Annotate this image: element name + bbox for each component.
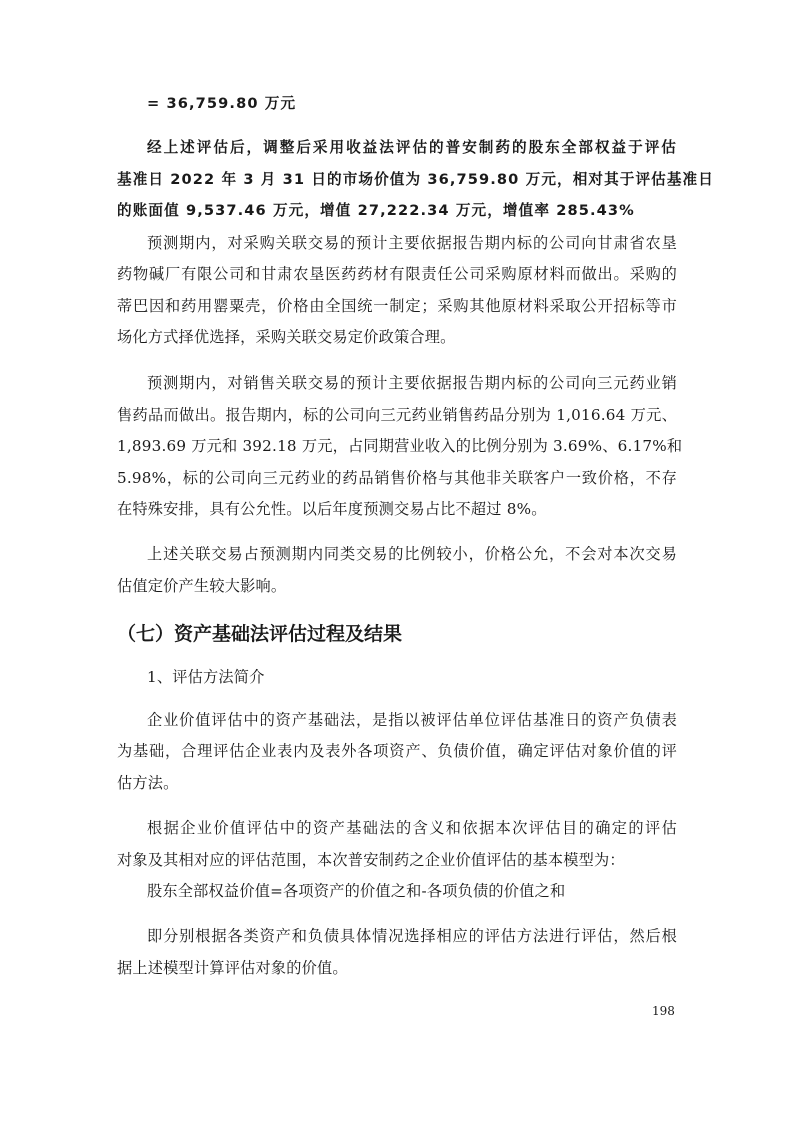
paragraph-line: 对象及其相对应的评估范围，本次普安制药之企业价值评估的基本模型为： (117, 850, 677, 870)
paragraph-line: 上述关联交易占预测期内同类交易的比例较小，价格公允，不会对本次交易 (147, 544, 677, 564)
paragraph-line: 经上述评估后，调整后采用收益法评估的普安制药的股东全部权益于评估 (147, 138, 677, 158)
paragraph-line: 基准日 2022 年 3 月 31 日的市场价值为 36,759.80 万元，相… (117, 170, 677, 190)
page-number: 198 (652, 1003, 675, 1019)
paragraph-line: 蒂巴因和药用罂粟壳，价格由全国统一制定；采购其他原材料采取公开招标等市 (117, 296, 677, 316)
paragraph-line: 企业价值评估中的资产基础法，是指以被评估单位评估基准日的资产负债表 (147, 710, 677, 730)
paragraph-line: 预测期内，对采购关联交易的预计主要依据报告期内标的公司向甘肃省农垦 (147, 233, 677, 253)
result-line: = 36,759.80 万元 (147, 94, 677, 114)
paragraph-line: 预测期内，对销售关联交易的预计主要依据报告期内标的公司向三元药业销 (147, 373, 677, 393)
paragraph-line: 估方法。 (117, 773, 677, 793)
paragraph-line: 在特殊安排，具有公允性。以后年度预测交易占比不超过 8%。 (117, 499, 677, 519)
paragraph-line: 的账面值 9,537.46 万元，增值 27,222.34 万元，增值率 285… (117, 201, 677, 221)
paragraph-line: 根据企业价值评估中的资产基础法的含义和依据本次评估目的确定的评估 (147, 818, 677, 838)
paragraph-line: 药物碱厂有限公司和甘肃农垦医药药材有限责任公司采购原材料而做出。采购的 (117, 264, 677, 284)
subsection-heading: 1、评估方法简介 (147, 667, 677, 687)
paragraph-line: 5.98%，标的公司向三元药业的药品销售价格与其他非关联客户一致价格，不存 (117, 468, 677, 488)
formula-line: 股东全部权益价值=各项资产的价值之和-各项负债的价值之和 (147, 881, 677, 901)
paragraph-line: 即分别根据各类资产和负债具体情况选择相应的评估方法进行评估，然后根 (147, 926, 677, 946)
paragraph-line: 为基础，合理评估企业表内及表外各项资产、负债价值，确定评估对象价值的评 (117, 741, 677, 761)
paragraph-line: 售药品而做出。报告期内，标的公司向三元药业销售药品分别为 1,016.64 万元… (117, 405, 677, 425)
paragraph-line: 1,893.69 万元和 392.18 万元，占同期营业收入的比例分别为 3.6… (117, 436, 677, 456)
paragraph-line: 据上述模型计算评估对象的价值。 (117, 958, 677, 978)
document-page: = 36,759.80 万元 经上述评估后，调整后采用收益法评估的普安制药的股东… (0, 0, 793, 1122)
section-heading: （七）资产基础法评估过程及结果 (117, 622, 402, 646)
paragraph-line: 场化方式择优选择，采购关联交易定价政策合理。 (117, 327, 677, 347)
paragraph-line: 估值定价产生较大影响。 (117, 576, 677, 596)
